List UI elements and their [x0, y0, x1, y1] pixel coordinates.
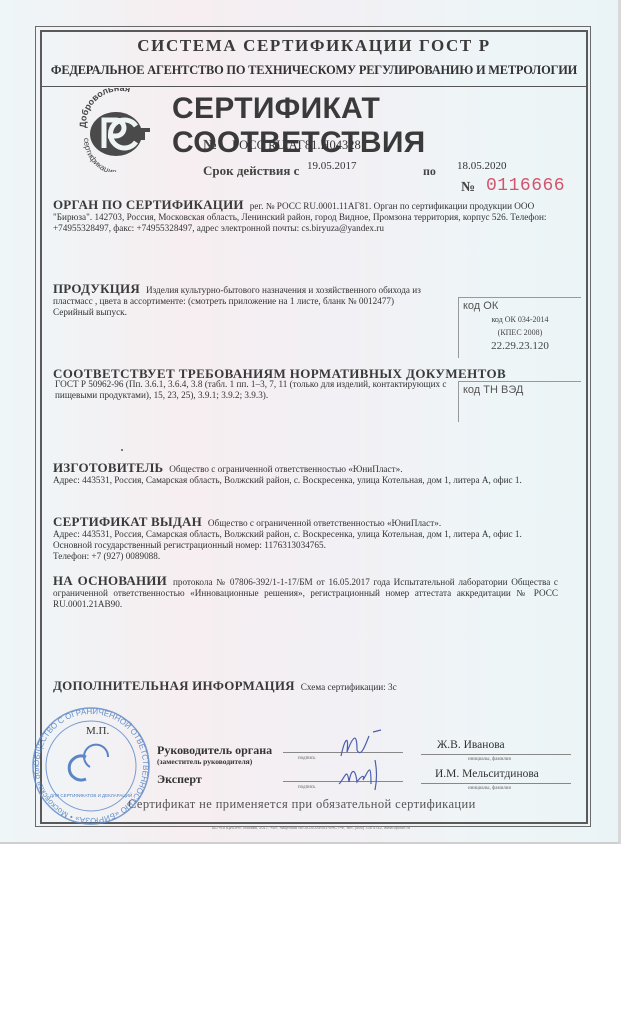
code-ok-standard: код ОК 034-2014 — [459, 315, 581, 324]
head-sub-label: (заместитель руководителя) — [157, 757, 252, 766]
additional-info-heading: ДОПОЛНИТЕЛЬНАЯ ИНФОРМАЦИЯ — [53, 678, 295, 693]
serial-number: 0116666 — [486, 176, 565, 196]
code-ok-value: 22.29.23.120 — [459, 340, 581, 352]
head-name: Ж.В. Иванова — [437, 739, 505, 751]
manufacturer-address: Адрес: 443531, Россия, Самарская область… — [53, 475, 522, 485]
header-divider — [42, 86, 586, 87]
issued-to-ogrn: Основной государственный регистрационный… — [53, 540, 326, 550]
additional-info-section: ДОПОЛНИТЕЛЬНАЯ ИНФОРМАЦИЯСхема сертифика… — [53, 680, 558, 693]
code-tn-box: код ТН ВЭД — [458, 381, 581, 422]
manufacturer-name: Общество с ограниченной ответственностью… — [169, 464, 402, 474]
valid-to-label: по — [423, 164, 436, 179]
head-label: Руководитель органа — [157, 743, 272, 758]
additional-info-text: Схема сертификации: 3с — [301, 682, 397, 692]
issued-to-section: СЕРТИФИКАТ ВЫДАНОбщество с ограниченной … — [53, 516, 558, 562]
voluntary-disclaimer: Сертификат не применяется при обязательн… — [128, 797, 476, 812]
issued-to-address: Адрес: 443531, Россия, Самарская область… — [53, 529, 522, 539]
head-name-line — [421, 754, 571, 755]
expert-name-caption: инициалы, фамилия — [468, 786, 511, 791]
manufacturer-heading: ИЗГОТОВИТЕЛЬ — [53, 460, 163, 475]
valid-from-date: 19.05.2017 — [307, 160, 357, 172]
code-tn-label: код ТН ВЭД — [463, 384, 523, 396]
compliance-section: СООТВЕТСТВУЕТ ТРЕБОВАНИЯМ НОРМАТИВНЫХ ДО… — [53, 368, 458, 401]
certification-body-heading: ОРГАН ПО СЕРТИФИКАЦИИ — [53, 197, 244, 212]
issued-to-name: Общество с ограниченной ответственностью… — [208, 518, 441, 528]
system-heading: СИСТЕМА СЕРТИФИКАЦИИ ГОСТ Р — [40, 36, 588, 56]
product-heading: ПРОДУКЦИЯ — [53, 281, 140, 296]
code-ok-box: код ОК код ОК 034-2014 (КПЕС 2008) 22.29… — [458, 297, 581, 358]
expert-signature-icon — [335, 756, 395, 792]
seal-label: М.П. — [86, 725, 109, 737]
expert-label: Эксперт — [157, 772, 202, 787]
rst-logo-icon: Добровольная сертификация — [74, 88, 164, 172]
basis-heading: НА ОСНОВАНИИ — [53, 573, 167, 588]
code-ok-label: код ОК — [463, 300, 498, 312]
stray-dot — [121, 449, 123, 451]
certification-body-section: ОРГАН ПО СЕРТИФИКАЦИИрег. № РОСС RU.0001… — [53, 199, 558, 234]
product-section: ПРОДУКЦИЯИзделия культурно-бытового назн… — [53, 283, 448, 318]
head-signature-caption: подпись — [298, 756, 315, 761]
head-name-caption: инициалы, фамилия — [468, 757, 511, 762]
expert-name-line — [421, 783, 571, 784]
basis-section: НА ОСНОВАНИИпротокола № 07806-392/1-1-17… — [53, 575, 558, 610]
issued-to-heading: СЕРТИФИКАТ ВЫДАН — [53, 514, 202, 529]
manufacturer-section: ИЗГОТОВИТЕЛЬОбщество с ограниченной отве… — [53, 462, 558, 486]
agency-heading: ФЕДЕРАЛЬНОЕ АГЕНТСТВО ПО ТЕХНИЧЕСКОМУ РЕ… — [40, 63, 588, 78]
expert-name: И.М. Мельситдинова — [435, 768, 539, 780]
serial-label: № — [461, 180, 475, 196]
code-ok-kpes: (КПЕС 2008) — [459, 328, 581, 337]
certificate-number: РОСС RU.АГ81.Н04328 — [232, 138, 361, 153]
issued-to-phone: Телефон: +7 (927) 0089088. — [53, 551, 160, 561]
expert-signature-caption: подпись — [298, 785, 315, 790]
printer-footer: АО «ОПЦИОН», Москва, 2017, «Б», лицензия… — [0, 825, 622, 830]
serial-release-text: Серийный выпуск. — [53, 307, 127, 317]
valid-to-date: 18.05.2020 — [457, 160, 507, 172]
compliance-text: ГОСТ Р 50962-96 (Пп. 3.6.1, 3.6.4, 3.8 (… — [53, 379, 458, 401]
validity-label: Срок действия с — [203, 163, 299, 179]
compliance-heading: СООТВЕТСТВУЕТ ТРЕБОВАНИЯМ НОРМАТИВНЫХ ДО… — [53, 368, 458, 379]
number-label: № — [203, 138, 217, 154]
stamp-center-text: ДЛЯ СЕРТИФИКАТОВ И ДЕКЛАРАЦИЙ — [50, 791, 132, 798]
